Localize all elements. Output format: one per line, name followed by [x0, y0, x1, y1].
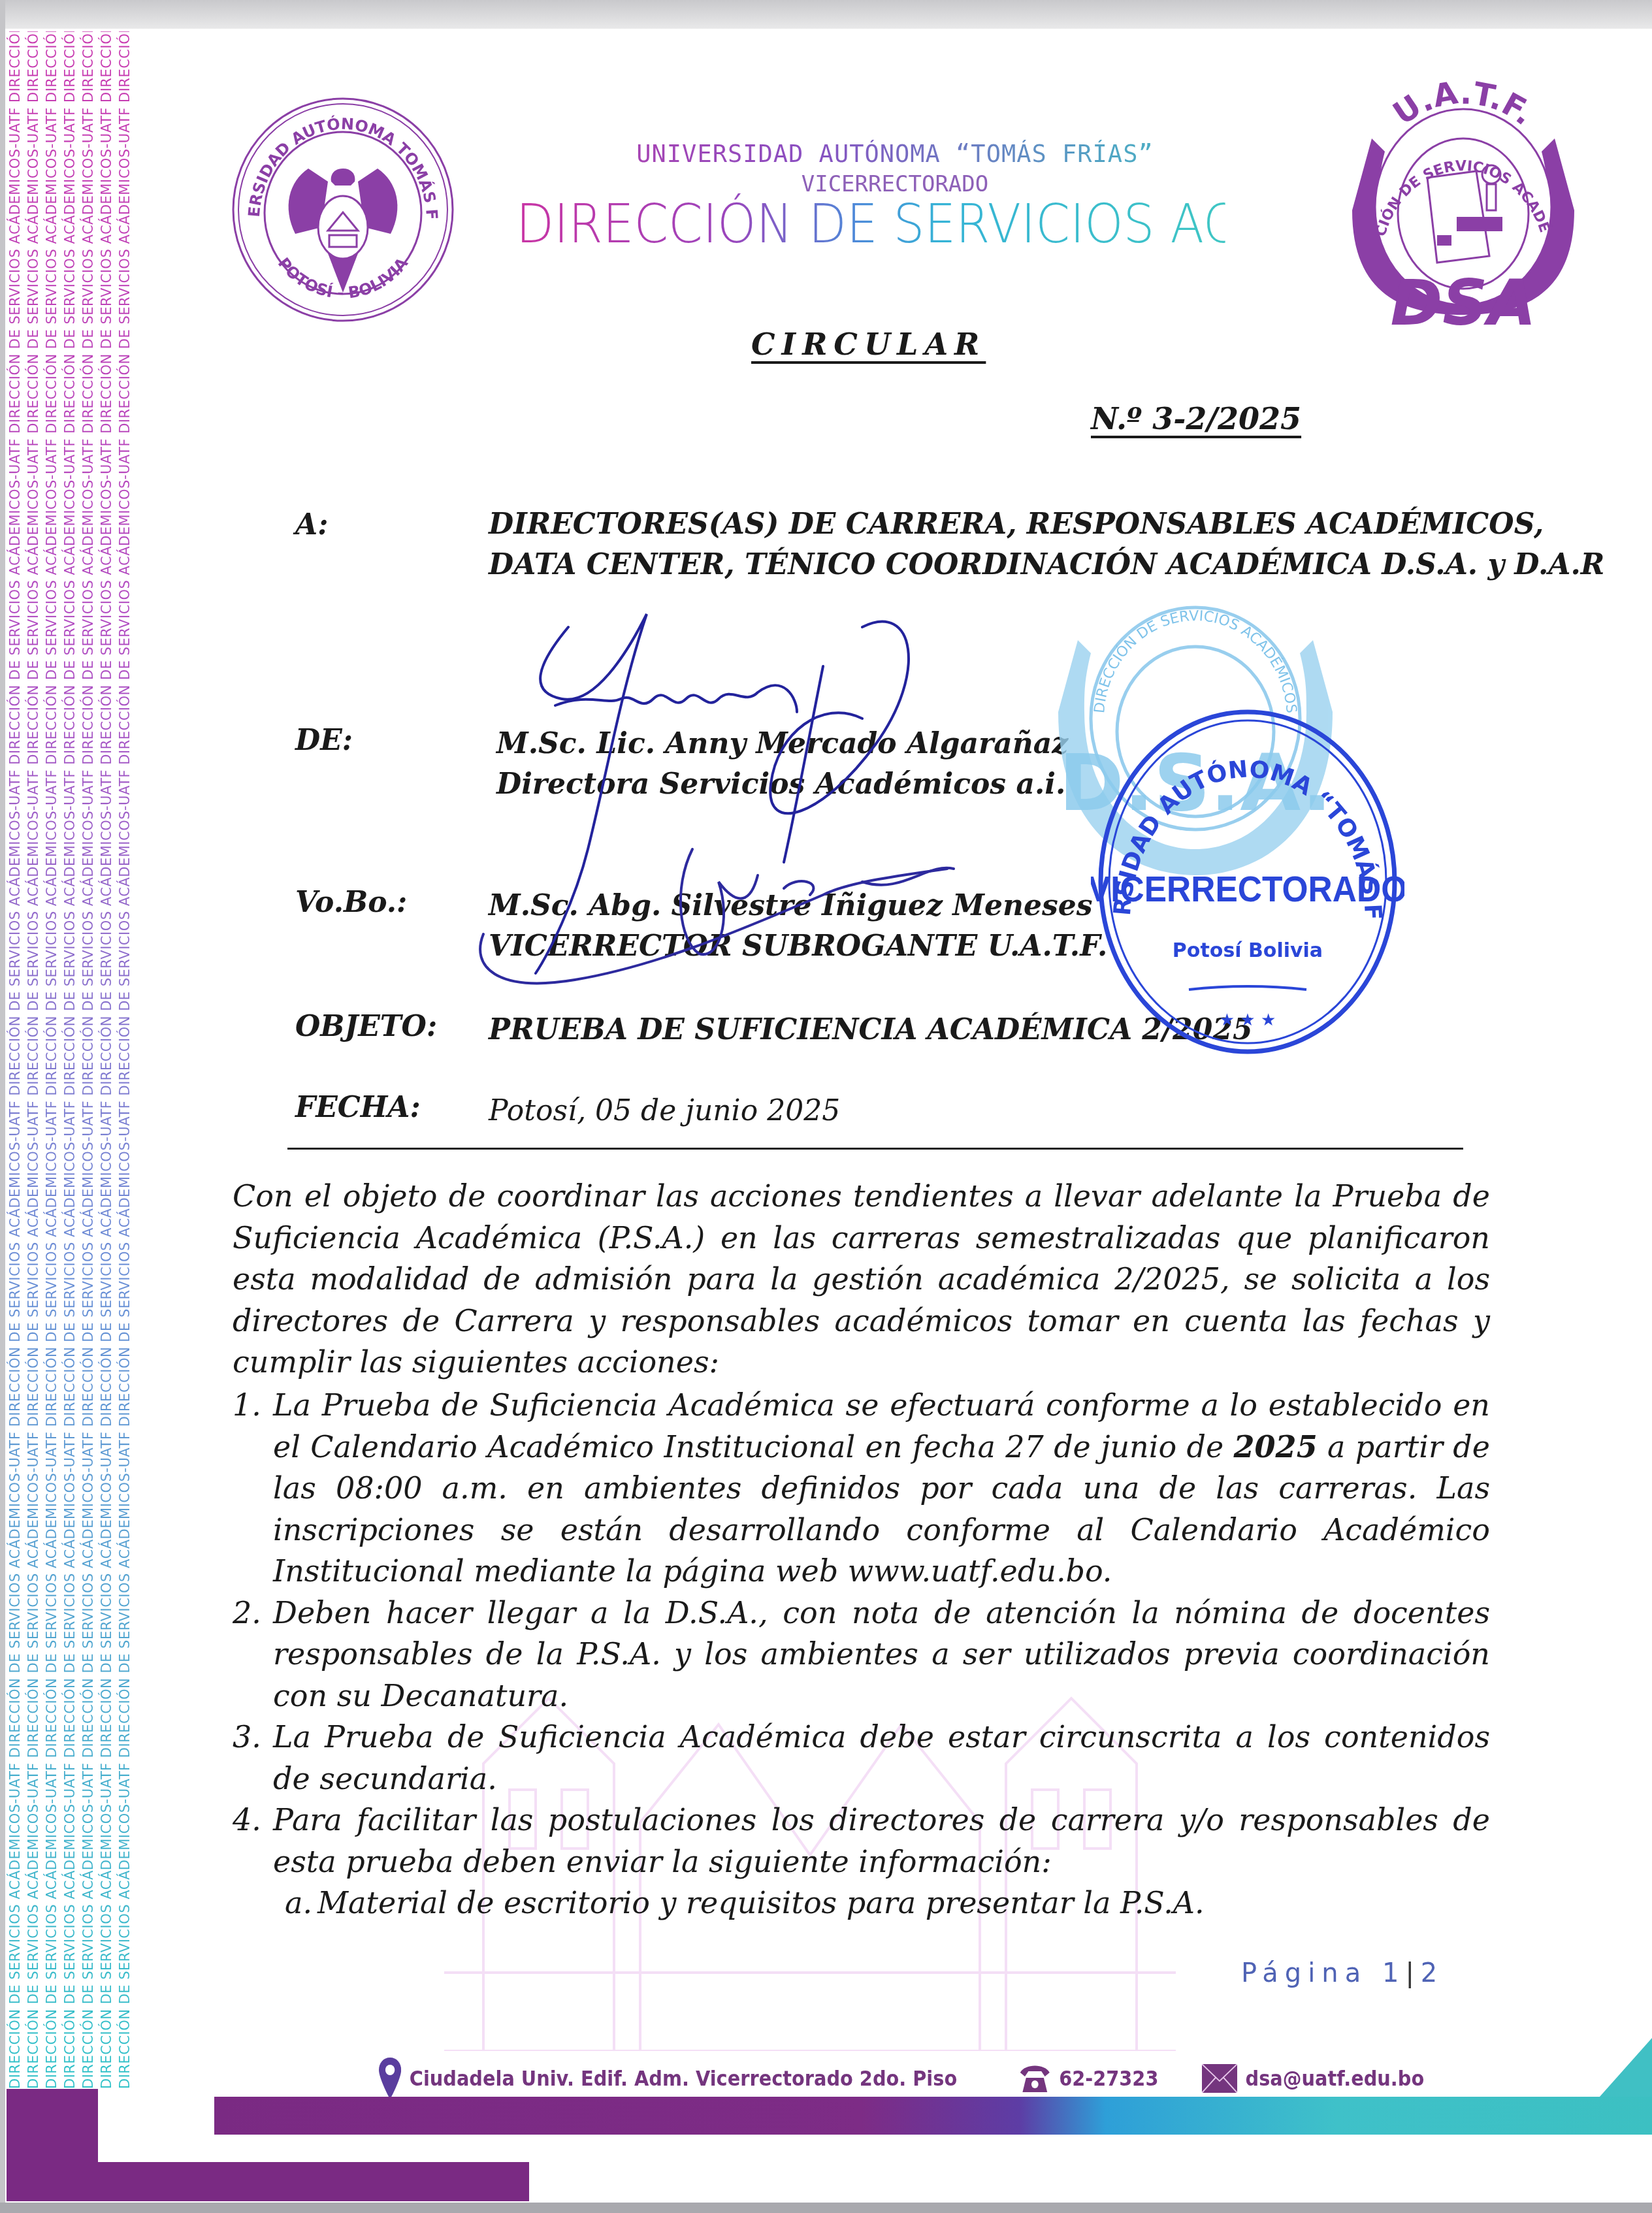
university-seal-logo: UNIVERSIDAD AUTÓNOMA TOMÁS FRÍAS POTOSÍ …: [230, 97, 456, 323]
svg-text:DSA: DSA: [1390, 267, 1536, 334]
svg-text:UNIVERSIDAD AUTÓNOMA “TOMÁS FR: UNIVERSIDAD AUTÓNOMA “TOMÁS FRÍAS”: [1091, 705, 1386, 921]
footer-email[interactable]: dsa@uatf.edu.bo: [1202, 2059, 1424, 2098]
footer-color-bar: [214, 2097, 1652, 2135]
department-title: DIRECCIÓN DE SERVICIOS ACADÉMICOS: [516, 193, 1225, 255]
sidebar-watermark: DIRECCIÓN DE SERVICIOS ACÁDEMICOS-UATF D…: [7, 31, 141, 2089]
watermark-column: DIRECCIÓN DE SERVICIOS ACÁDEMICOS-UATF D…: [25, 31, 42, 2089]
map-pin-icon: [379, 2058, 401, 2099]
list-item: 2. Deben hacer llegar a la D.S.A., con n…: [233, 1592, 1490, 1717]
footer-phone: 62-27323: [1019, 2059, 1158, 2098]
from-name: M.Sc. Lic. Anny Mercado Algarañaz: [496, 724, 1068, 764]
subject-label: OBJETO:: [295, 1010, 437, 1043]
vobo-block: M.Sc. Abg. Silvestre Iñiguez Meneses VIC…: [489, 886, 1107, 967]
from-role: Directora Servicios Académicos a.i.: [496, 764, 1068, 805]
sub-list-item: a. Material de escritorio y requisitos p…: [233, 1882, 1490, 1924]
sidebar-corner-block: [7, 2089, 98, 2201]
to-recipients: DIRECTORES(AS) DE CARRERA, RESPONSABLES …: [489, 504, 1604, 585]
action-list: 1. La Prueba de Suficiencia Académica se…: [233, 1385, 1490, 1924]
page-number: Página 1|2: [1241, 1958, 1444, 1988]
date-label: FECHA:: [295, 1091, 421, 1124]
circular-number: N.º 3-2/2025: [1091, 401, 1301, 436]
document-title: CIRCULAR: [751, 327, 986, 362]
svg-text:Potosí Bolivia: Potosí Bolivia: [1173, 939, 1323, 962]
scan-edge-left: [0, 0, 5, 2213]
list-item: 3. La Prueba de Suficiencia Académica de…: [233, 1717, 1490, 1800]
to-line: DIRECTORES(AS) DE CARRERA, RESPONSABLES …: [489, 504, 1604, 545]
vobo-name: M.Sc. Abg. Silvestre Iñiguez Meneses: [489, 886, 1107, 926]
scan-edge-bottom: [0, 2203, 1652, 2213]
footer-accent-wedge: [1594, 2038, 1652, 2103]
telephone-icon: [1019, 2063, 1051, 2093]
vobo-role: VICERRECTOR SUBROGANTE U.A.T.F.: [489, 926, 1107, 967]
list-item: 1. La Prueba de Suficiencia Académica se…: [233, 1385, 1490, 1592]
vicerrectorado-stamp: UNIVERSIDAD AUTÓNOMA “TOMÁS FRÍAS” VICER…: [1091, 705, 1404, 1058]
watermark-column: DIRECCIÓN DE SERVICIOS ACÁDEMICOS-UATF D…: [98, 31, 115, 2089]
watermark-column: DIRECCIÓN DE SERVICIOS ACÁDEMICOS-UATF D…: [61, 31, 78, 2089]
svg-text:DIRECCIÓN DE SERVICIOS ACADÉMI: DIRECCIÓN DE SERVICIOS ACADÉMICOS: [1092, 608, 1299, 714]
watermark-column: DIRECCIÓN DE SERVICIOS ACÁDEMICOS-UATF D…: [43, 31, 60, 2089]
svg-text:VICERRECTORADO: VICERRECTORADO: [1091, 869, 1404, 909]
dsa-stamp: DIRECCIÓN DE SERVICIOS ACADÉMICOS D.S.A.: [1032, 549, 1359, 914]
footer-address: Ciudadela Univ. Edif. Adm. Vicerrectorad…: [379, 2059, 957, 2098]
watermark-column: DIRECCIÓN DE SERVICIOS ACÁDEMICOS-UATF D…: [116, 31, 133, 2089]
to-label: A:: [295, 508, 328, 541]
date-value: Potosí, 05 de junio 2025: [489, 1091, 840, 1131]
scan-edge-top: [0, 0, 1652, 29]
vobo-label: Vo.Bo.:: [295, 886, 407, 919]
from-label: DE:: [295, 724, 353, 757]
envelope-icon: [1202, 2064, 1237, 2093]
watermark-column: DIRECCIÓN DE SERVICIOS ACÁDEMICOS-UATF D…: [7, 31, 24, 2089]
list-item: 4. Para facilitar las postulaciones los …: [233, 1800, 1490, 1882]
intro-paragraph: Con el objeto de coordinar las acciones …: [233, 1176, 1490, 1383]
watermark-column: DIRECCIÓN DE SERVICIOS ACÁDEMICOS-UATF D…: [80, 31, 97, 2089]
from-block: M.Sc. Lic. Anny Mercado Algarañaz Direct…: [496, 724, 1068, 805]
subject-value: PRUEBA DE SUFICIENCIA ACADÉMICA 2/2025: [489, 1010, 1253, 1050]
to-line: DATA CENTER, TÉNICO COORDINACIÓN ACADÉMI…: [489, 545, 1604, 585]
footer-lower-bar: [98, 2162, 529, 2201]
header-divider: [287, 1148, 1463, 1150]
university-name: UNIVERSIDAD AUTÓNOMA “TOMÁS FRÍAS”: [457, 140, 1333, 168]
svg-text:D.S.A.: D.S.A.: [1059, 738, 1332, 829]
